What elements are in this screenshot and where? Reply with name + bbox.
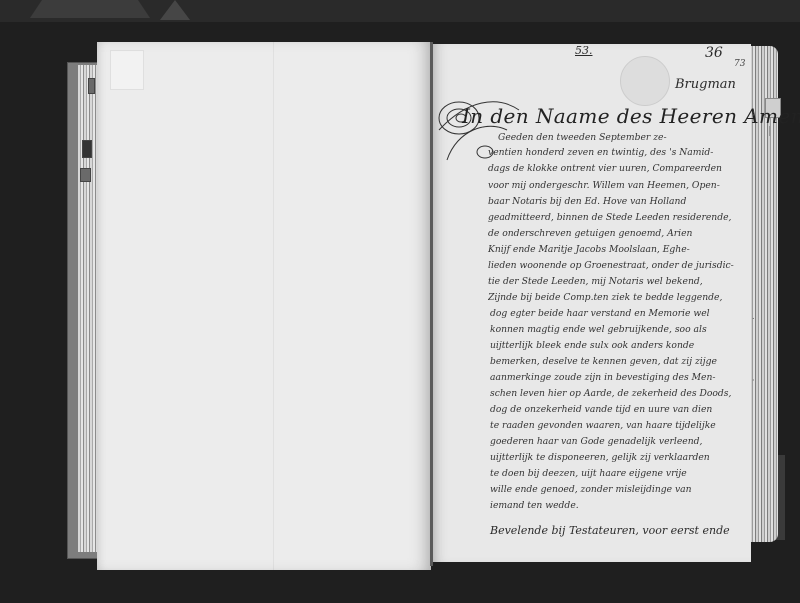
- body-line: tie der Stede Leeden, mij Notaris wel be…: [488, 276, 750, 287]
- body-line: aanmerkinge zoude zijn in bevestiging de…: [490, 372, 752, 383]
- body-line: Geeden den tweeden September ze-: [498, 132, 760, 143]
- margin-mark: .: [752, 312, 755, 321]
- body-line: Knijf ende Maritje Jacobs Moolslaan, Egh…: [488, 244, 750, 255]
- body-line: dog egter beide haar verstand en Memorie…: [490, 308, 752, 319]
- paper-repair-patch: [110, 50, 144, 90]
- folio-number: 36: [705, 45, 723, 61]
- archive-seal-stamp: [620, 56, 670, 106]
- folio-number-pencil: 73: [734, 59, 745, 69]
- binding-tab: [82, 140, 92, 158]
- body-line: konnen magtig ende wel gebruijkende, soo…: [490, 324, 752, 335]
- background-shape: [30, 0, 150, 18]
- body-line: dags de klokke ontrent vier uuren, Compa…: [488, 163, 750, 174]
- body-line: schen leven hier op Aarde, de zekerheid …: [490, 388, 752, 399]
- body-line: te raaden gevonden waaren, van haare tij…: [490, 420, 752, 431]
- left-page-blank: [97, 42, 431, 570]
- margin-signature: Brugman: [675, 77, 736, 92]
- body-line: Zijnde bij beide Comp.ten ziek te bedde …: [488, 292, 750, 303]
- body-line: wille ende genoed, zonder misleijdinge v…: [490, 484, 752, 495]
- binding-tab: [88, 78, 95, 94]
- body-line: uijtterlijk bleek ende sulx ook anders k…: [490, 340, 752, 351]
- body-line: voor mij ondergeschr. Willem van Heemen,…: [488, 180, 750, 191]
- margin-mark: ;: [752, 108, 755, 117]
- body-line: goederen haar van Gode genadelijk verlee…: [490, 436, 752, 447]
- body-line: ventien honderd zeven en twintig, des 's…: [488, 147, 750, 158]
- body-line: baar Notaris bij den Ed. Hove van Hollan…: [488, 196, 750, 207]
- binding-tab: [80, 168, 91, 182]
- folio-number-old: 53.: [575, 44, 593, 57]
- document-heading: In den Naame des Heeren Amen: [462, 104, 800, 128]
- body-line: te doen bij deezen, uijt haare eijgene v…: [490, 468, 752, 479]
- body-line: dog de onzekerheid vande tijd en uure va…: [490, 404, 752, 415]
- page-fold-line: [273, 42, 274, 570]
- body-line: lieden woonende op Groenestraat, onder d…: [488, 260, 750, 271]
- body-line: iemand ten wedde.: [490, 500, 752, 511]
- margin-mark: ·: [752, 376, 755, 385]
- body-line: geadmitteerd, binnen de Stede Leeden res…: [488, 212, 750, 223]
- body-line: bemerken, deselve te kennen geven, dat z…: [490, 356, 752, 367]
- body-line: de onderschreven getuigen genoemd, Arien: [488, 228, 750, 239]
- closing-line: Bevelende bij Testateuren, voor eerst en…: [490, 524, 730, 537]
- body-line: uijtterlijk te disponeeren, gelijk zij v…: [490, 452, 752, 463]
